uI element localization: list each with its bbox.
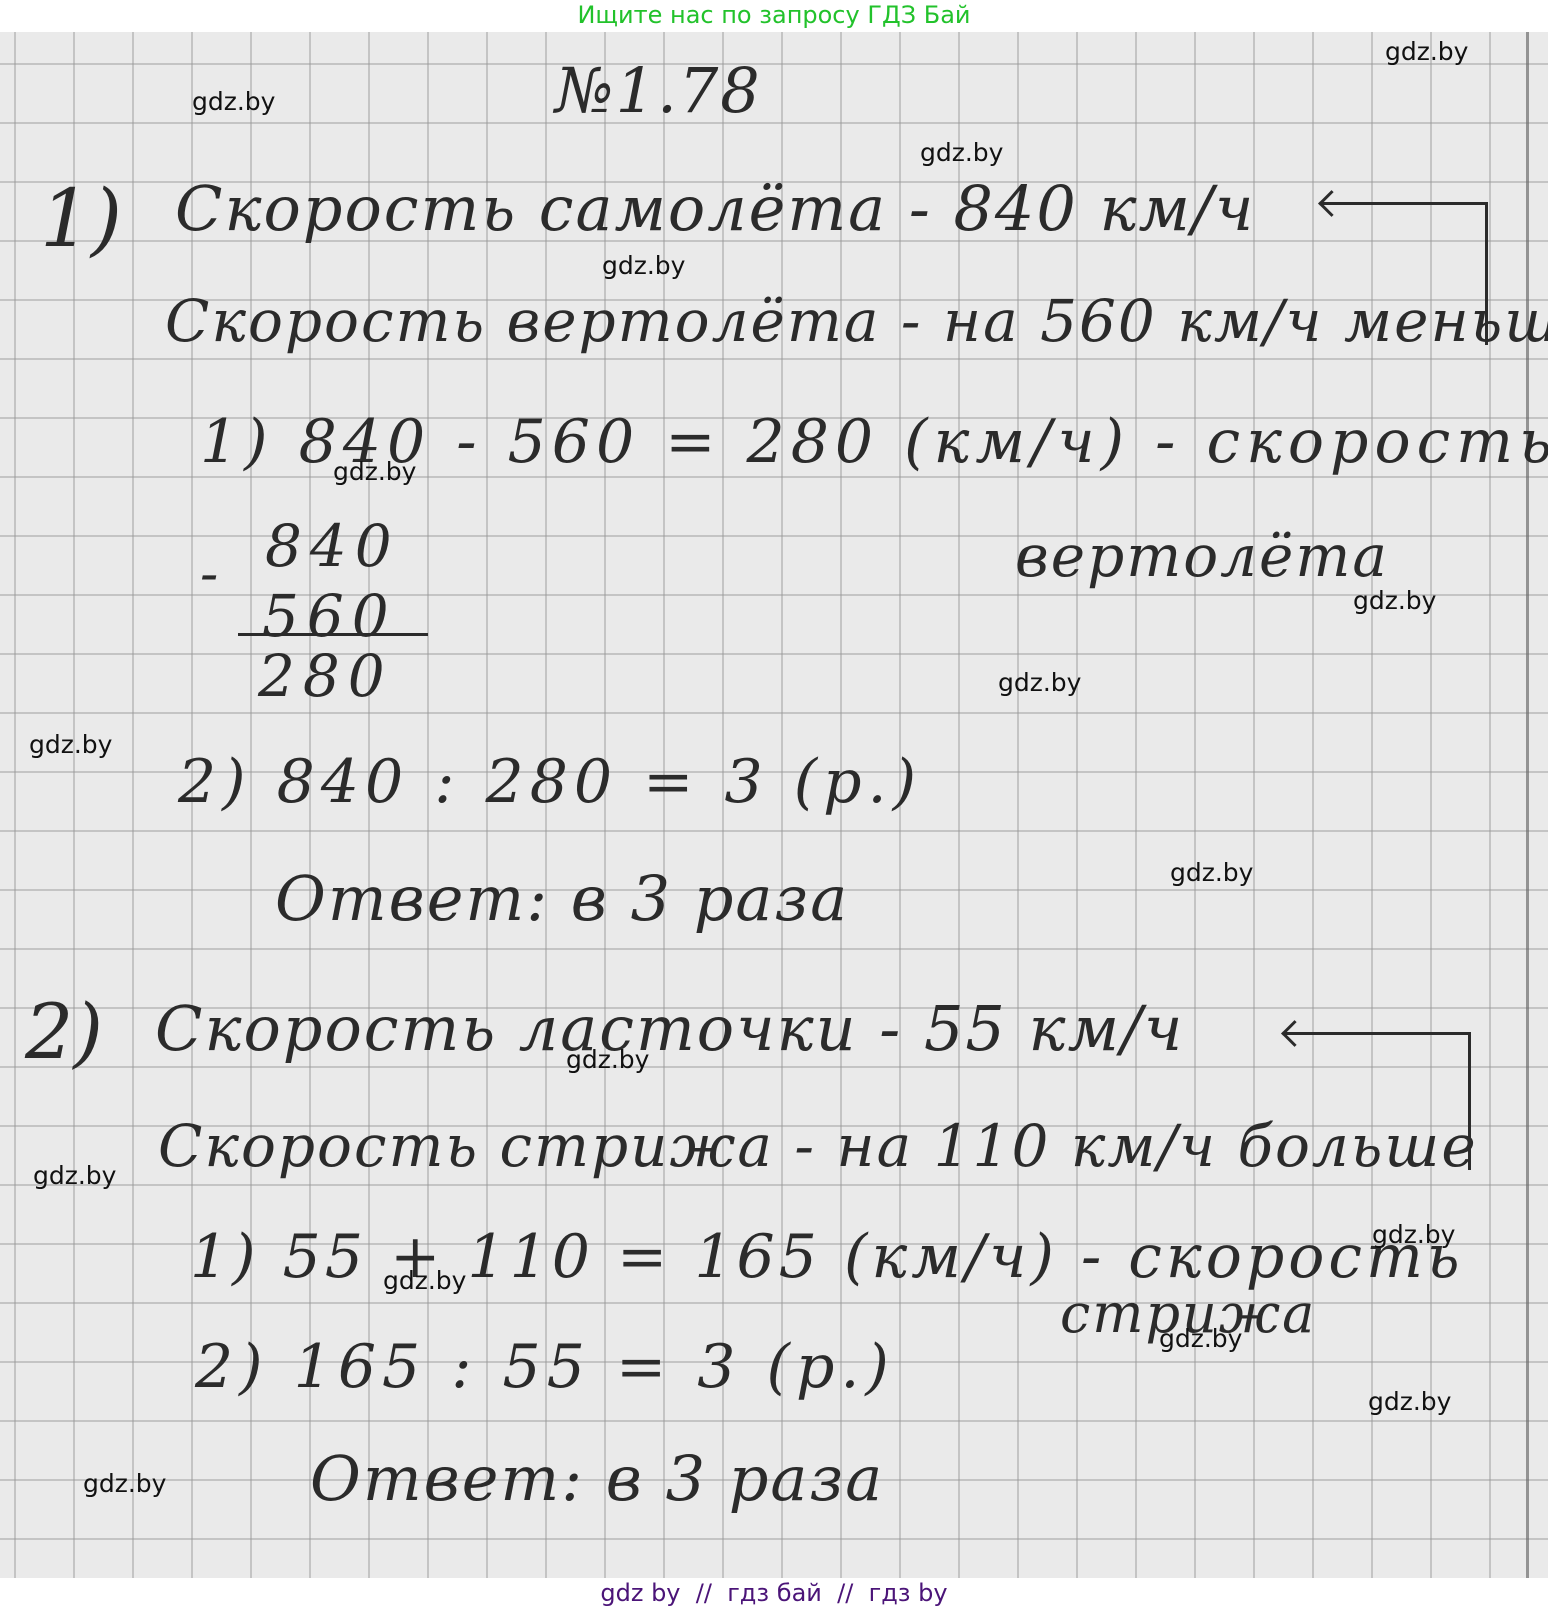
task1-answer: Ответ: в 3 раза	[275, 862, 849, 935]
column-operator: -	[200, 542, 220, 605]
watermark: gdz.by	[33, 1161, 116, 1190]
watermark: gdz.by	[1159, 1324, 1242, 1353]
margin-line	[1526, 32, 1529, 1578]
task2-step2: 2) 165 : 55 = 3 (р.)	[195, 1332, 895, 1402]
watermark: gdz.by	[83, 1469, 166, 1498]
task1-line1: Скорость самолёта - 840 км/ч	[175, 172, 1255, 245]
watermark: gdz.by	[192, 87, 275, 116]
task1-step2: 2) 840 : 280 = 3 (р.)	[178, 747, 922, 817]
watermark: gdz.by	[920, 138, 1003, 167]
watermark: gdz.by	[29, 730, 112, 759]
top-banner[interactable]: Ищите нас по запросу ГДЗ Бай	[0, 0, 1548, 32]
watermark: gdz.by	[383, 1266, 466, 1295]
task2-answer: Ответ: в 3 раза	[310, 1442, 884, 1515]
task2-line1: Скорость ласточки - 55 км/ч	[155, 992, 1184, 1065]
task2-number: 2)	[25, 987, 103, 1076]
column-subtrahend: 560	[262, 582, 397, 650]
bottom-banner[interactable]: gdz by // гдз бай // гдз by	[0, 1578, 1548, 1611]
column-result: 280	[258, 642, 393, 710]
watermark: gdz.by	[998, 668, 1081, 697]
task1-step1-continuation: вертолёта	[1015, 522, 1389, 590]
watermark: gdz.by	[566, 1045, 649, 1074]
watermark: gdz.by	[1170, 858, 1253, 887]
problem-title: №1.78	[555, 54, 762, 127]
watermark: gdz.by	[602, 251, 685, 280]
column-minuend: 840	[265, 512, 400, 580]
watermark: gdz.by	[1372, 1220, 1455, 1249]
watermark: gdz.by	[1385, 37, 1468, 66]
notebook-page: №1.78 1) Скорость самолёта - 840 км/ч Ск…	[0, 32, 1548, 1578]
task2-line2: Скорость стрижа - на 110 км/ч больше	[158, 1112, 1478, 1180]
watermark: gdz.by	[1353, 586, 1436, 615]
task1-number: 1)	[40, 172, 122, 265]
watermark: gdz.by	[1368, 1387, 1451, 1416]
column-rule	[238, 633, 428, 636]
task1-line2: Скорость вертолёта - на 560 км/ч меньше	[165, 287, 1548, 355]
watermark: gdz.by	[333, 457, 416, 486]
